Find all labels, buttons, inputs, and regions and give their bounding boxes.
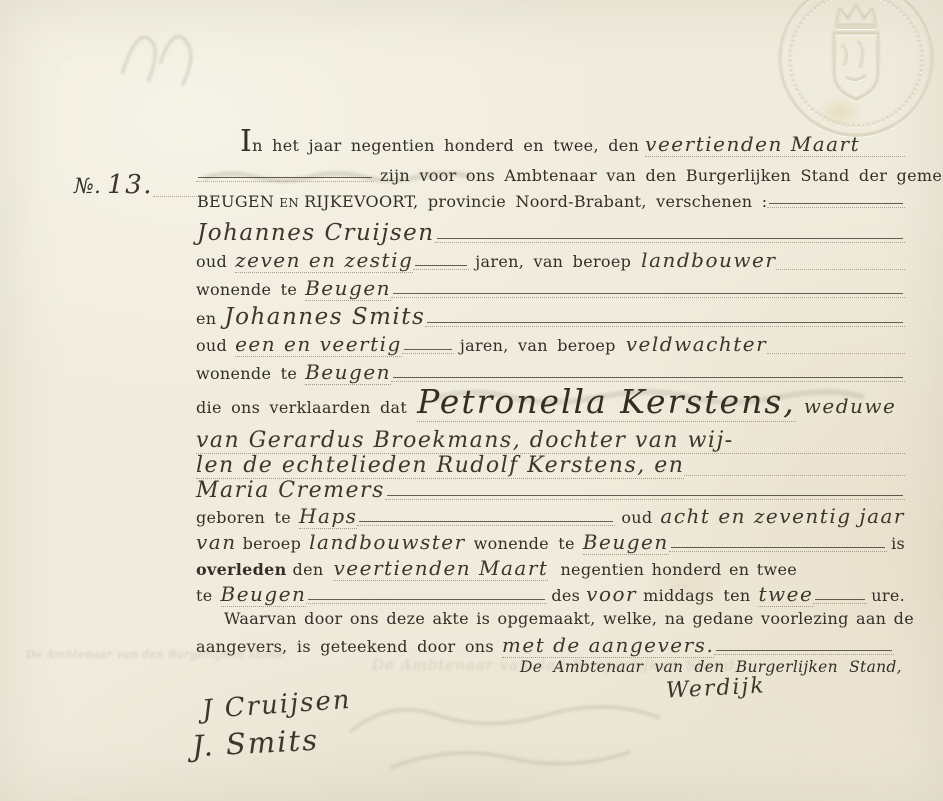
line-date-intro: In het jaar negentien honderd en twee, d… (240, 132, 905, 157)
deceased-occupation: landbouwster (309, 530, 466, 554)
printed-text: EN (279, 196, 299, 210)
handwritten-date: veertienden Maart (645, 132, 905, 157)
line-closing2: aangevers, is geteekend door ons met de … (196, 633, 905, 658)
declarant1-signature: J Cruijsen (201, 685, 352, 725)
line-death-date: overleden den veertienden Maart negentie… (196, 556, 905, 581)
line-official-title: De Ambtenaar van den Burgerlijken Stand, (520, 658, 890, 676)
printed-text: die ons verklaarden dat (196, 398, 407, 417)
line-declarant2-age-occupation: oud een en veertig jaren, van beroep vel… (196, 332, 905, 357)
declarant2-occupation: veldwachter (626, 332, 767, 356)
fill-line (357, 504, 615, 529)
printed-text: jaren, van beroep (460, 336, 616, 355)
printed-text: oud (196, 252, 227, 271)
line-declarant1-residence: wonende te Beugen (196, 276, 905, 301)
handwritten-text: van (196, 530, 237, 554)
dotted-guide (776, 248, 905, 273)
line-municipality: BEUGEN EN RIJKEVOORT, provincie Noord-Br… (197, 192, 905, 211)
death-certificate-page: De Ambtenaar van den Burgerlijken Stand.… (0, 0, 943, 801)
bleedthrough-mark (330, 688, 750, 788)
printed-text: jaren, van beroep (475, 252, 631, 271)
embossed-crown-shield-seal-icon (770, 0, 942, 144)
handwritten-text: len de echtelieden Rudolf Kerstens, en (196, 453, 684, 479)
fill-line (385, 478, 905, 503)
printed-text: oud (621, 508, 652, 527)
declarant1-residence: Beugen (305, 276, 391, 301)
printed-text: n het jaar negentien honderd en twee, de… (252, 136, 639, 155)
official-title: De Ambtenaar van den Burgerlijken Stand, (520, 658, 902, 676)
printed-text: geboren te (196, 508, 291, 527)
declarant2-age: een en veertig (235, 332, 402, 357)
printed-text: beroep (243, 534, 302, 553)
death-hour: twee (758, 582, 813, 607)
handwritten-text: voor (586, 582, 637, 606)
fill-line (391, 276, 905, 301)
printed-text: den (293, 560, 324, 579)
fill-line (767, 192, 905, 211)
deceased-name: Petronella Kerstens, (417, 382, 796, 422)
printed-text: wonende te (196, 280, 297, 299)
fill-line (813, 582, 867, 607)
fill-line (425, 304, 905, 330)
line-deceased-name: die ons verklaarden dat Petronella Kerst… (196, 382, 905, 422)
fill-line (669, 530, 887, 555)
official-signature: Werdijk (665, 673, 766, 703)
line-deceased-relations: van Gerardus Broekmans, dochter van wij- (196, 428, 905, 454)
line-closing1: Waarvan door ons deze akte is opgemaakt,… (224, 609, 905, 628)
death-date: veertienden Maart (333, 556, 548, 581)
printed-text: zijn voor ons Ambtenaar van den Burgerli… (380, 166, 943, 185)
line-declarant2-name: en Johannes Smits (196, 304, 905, 330)
deceased-age: acht en zeventig jaar (660, 504, 905, 528)
printed-text: aangevers, is geteekend door ons (196, 637, 494, 656)
number-sign: №. (74, 174, 101, 198)
line-declarant1-age-occupation: oud zeven en zestig jaren, van beroep la… (196, 248, 905, 273)
fill-line (306, 582, 547, 607)
handwritten-text: weduwe (804, 394, 897, 418)
declarant1-name: Johannes Cruijsen (197, 220, 435, 246)
printed-text: en (196, 309, 216, 328)
fill-line (435, 220, 905, 246)
line-deceased-parents: len de echtelieden Rudolf Kerstens, en (196, 453, 905, 479)
municipality-name: BEUGEN (197, 192, 274, 211)
deceased-birthplace: Haps (299, 504, 357, 529)
printed-text: ure. (871, 586, 905, 605)
declarant1-occupation: landbouwer (641, 248, 776, 272)
declarant1-age: zeven en zestig (235, 248, 413, 273)
act-number-value: 13. (107, 170, 153, 200)
dotted-guide (684, 453, 905, 479)
printed-text: des (551, 586, 580, 605)
bleedthrough-mark (108, 4, 208, 99)
drop-cap: I (240, 134, 252, 150)
printed-text: Waarvan door ons deze akte is opgemaakt,… (224, 609, 914, 628)
line-birthplace-age: geboren te Haps oud acht en zeventig jaa… (196, 504, 905, 529)
printed-text: middags ten (643, 586, 750, 605)
dotted-guide (767, 332, 905, 357)
fill-line (714, 633, 894, 658)
mother-name: Maria Cremers (196, 478, 385, 503)
declarant2-signature: J. Smits (191, 723, 320, 764)
act-number: №. 13. (74, 170, 194, 200)
handwritten-text: met de aangevers. (502, 633, 714, 658)
printed-text: negentien honderd en twee (560, 560, 797, 579)
printed-text-bold: overleden (196, 560, 287, 579)
death-place: Beugen (221, 582, 307, 607)
fill-line (196, 166, 374, 185)
line-death-place-time: te Beugen des voor middags ten twee ure. (196, 582, 905, 607)
line-mother-name: Maria Cremers (196, 478, 905, 503)
deceased-residence: Beugen (583, 530, 669, 555)
printed-text: is (891, 534, 905, 553)
printed-text: RIJKEVOORT, provincie Noord-Brabant, ver… (304, 192, 767, 211)
printed-text: wonende te (196, 364, 297, 383)
dotted-guide (153, 170, 199, 200)
line-registrar: zijn voor ons Ambtenaar van den Burgerli… (196, 166, 905, 185)
printed-text: te (196, 586, 213, 605)
declarant2-name: Johannes Smits (224, 304, 425, 330)
printed-text: wonende te (474, 534, 575, 553)
fill-line (402, 332, 454, 357)
printed-text: oud (196, 336, 227, 355)
fill-line (413, 248, 469, 273)
handwritten-text: van Gerardus Broekmans, dochter van wij- (196, 428, 905, 454)
line-occupation-residence: van beroep landbouwster wonende te Beuge… (196, 530, 905, 555)
line-declarant1-name: Johannes Cruijsen (197, 220, 905, 246)
